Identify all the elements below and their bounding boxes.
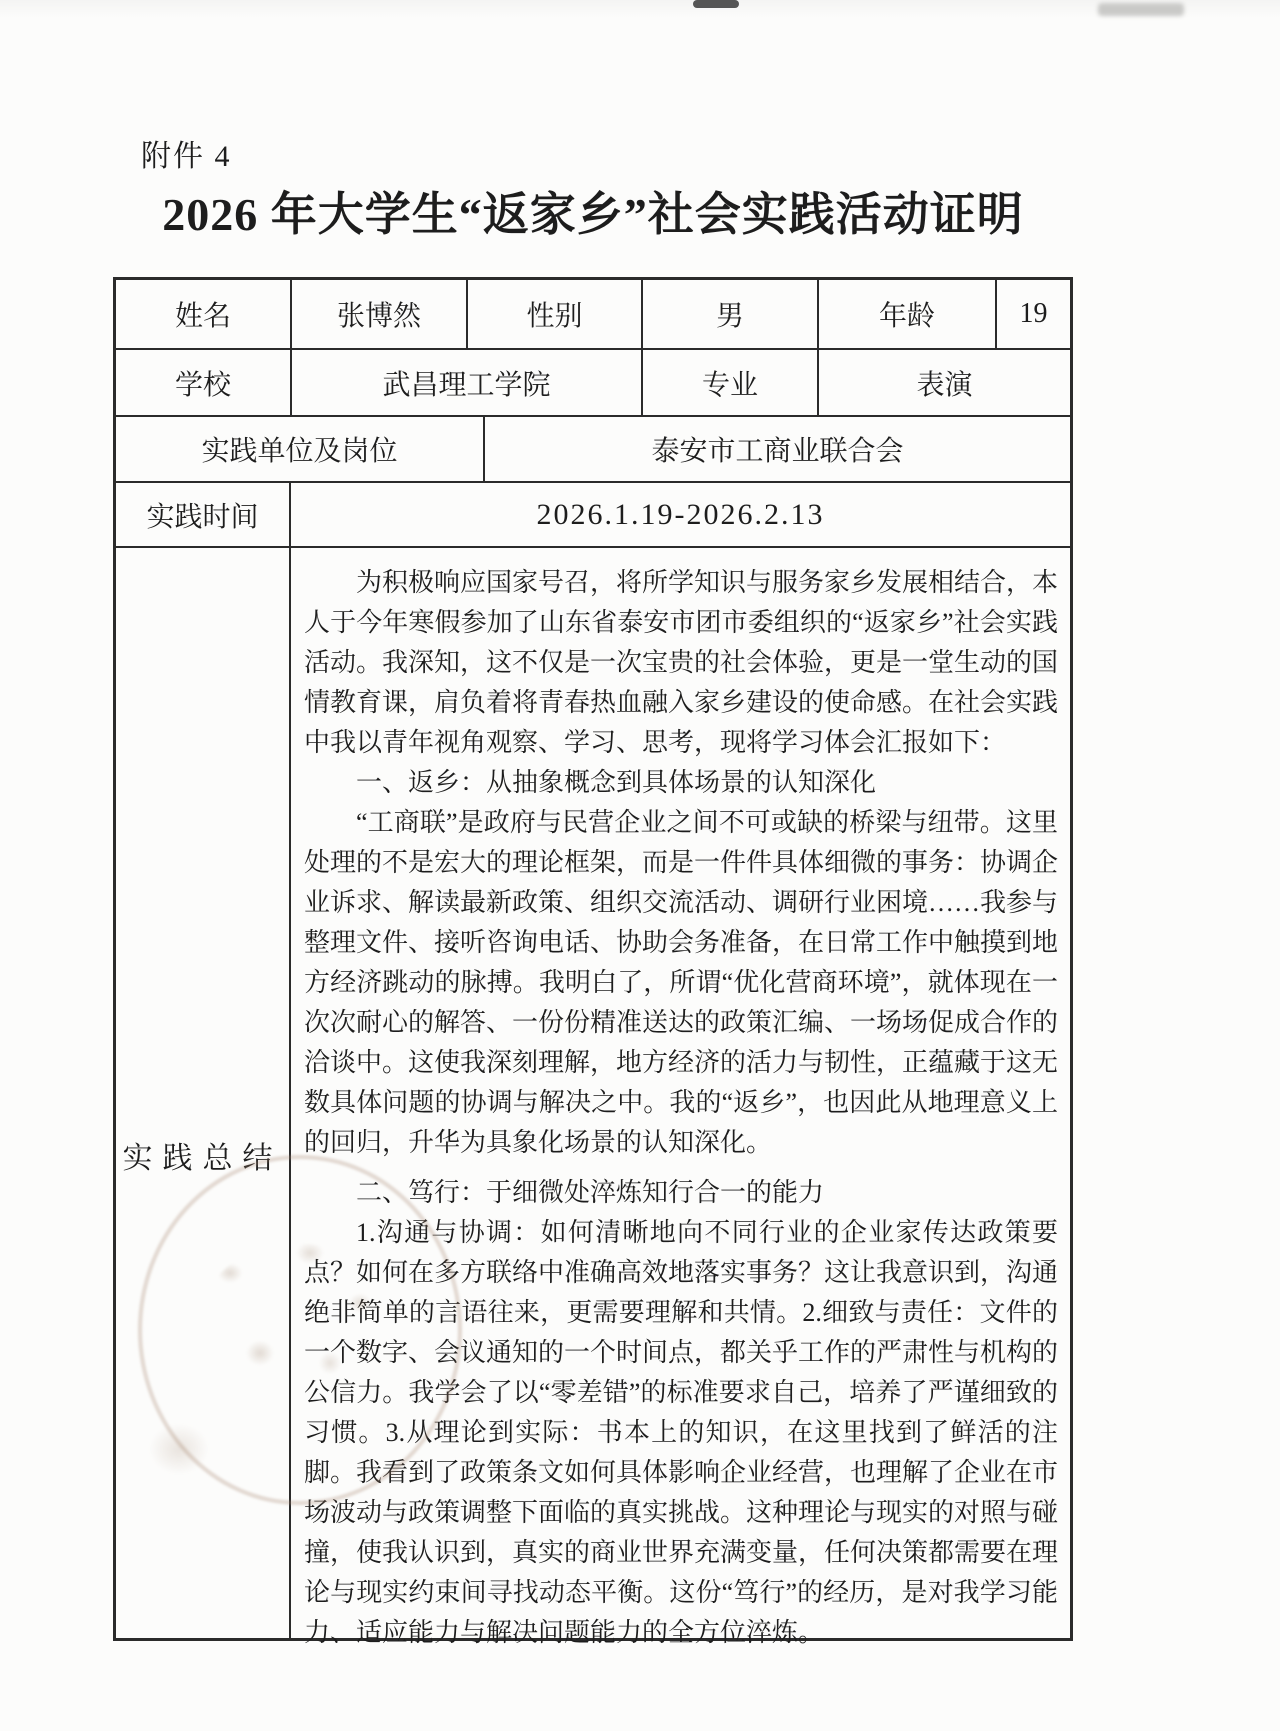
table-row: 实践总结 为积极响应国家号召，将所学知识与服务家乡发展相结合，本人于今年寒假参加…	[116, 546, 1070, 1638]
document-title: 2026 年大学生“返家乡”社会实践活动证明	[113, 178, 1073, 244]
name-value: 张博然	[290, 280, 466, 348]
summary-paragraph: 为积极响应国家号召，将所学知识与服务家乡发展相结合，本人于今年寒假参加了山东省泰…	[304, 563, 1058, 763]
practice-time-value: 2026.1.19-2026.2.13	[289, 483, 1070, 546]
table-row: 实践时间 2026.1.19-2026.2.13	[116, 481, 1070, 546]
summary-heading-1: 一、返乡：从抽象概念到具体场景的认知深化	[304, 763, 1058, 803]
sex-value: 男	[641, 280, 817, 348]
major-value: 表演	[817, 350, 1070, 415]
summary-paragraph: 1.沟通与协调：如何清晰地向不同行业的企业家传达政策要点？如何在多方联络中准确高…	[304, 1213, 1058, 1653]
practice-unit-label: 实践单位及岗位	[116, 417, 483, 481]
scan-artifact	[693, 0, 739, 8]
summary-label: 实践总结	[116, 610, 289, 1700]
name-label: 姓名	[116, 280, 290, 348]
major-label: 专业	[641, 350, 817, 415]
attachment-label: 附件 4	[141, 131, 232, 175]
school-value: 武昌理工学院	[290, 350, 641, 415]
scan-artifact	[1098, 3, 1184, 16]
practice-time-label: 实践时间	[116, 483, 289, 546]
practice-unit-value: 泰安市工商业联合会	[483, 417, 1070, 481]
school-label: 学校	[116, 350, 290, 415]
document-page: 附件 4 2026 年大学生“返家乡”社会实践活动证明 姓名 张博然 性别 男 …	[0, 0, 1280, 1731]
table-row: 姓名 张博然 性别 男 年龄 19	[116, 280, 1070, 348]
info-table: 姓名 张博然 性别 男 年龄 19 学校 武昌理工学院 专业 表演 实践单位及岗…	[113, 277, 1073, 1641]
age-value: 19	[995, 280, 1070, 348]
summary-paragraph: “工商联”是政府与民营企业之间不可或缺的桥梁与纽带。这里处理的不是宏大的理论框架…	[304, 803, 1058, 1163]
table-row: 学校 武昌理工学院 专业 表演	[116, 348, 1070, 415]
table-row: 实践单位及岗位 泰安市工商业联合会	[116, 415, 1070, 481]
sex-label: 性别	[466, 280, 641, 348]
summary-content: 为积极响应国家号召，将所学知识与服务家乡发展相结合，本人于今年寒假参加了山东省泰…	[289, 548, 1070, 1638]
summary-heading-2: 二、笃行：于细微处淬炼知行合一的能力	[304, 1173, 1058, 1213]
age-label: 年龄	[817, 280, 995, 348]
